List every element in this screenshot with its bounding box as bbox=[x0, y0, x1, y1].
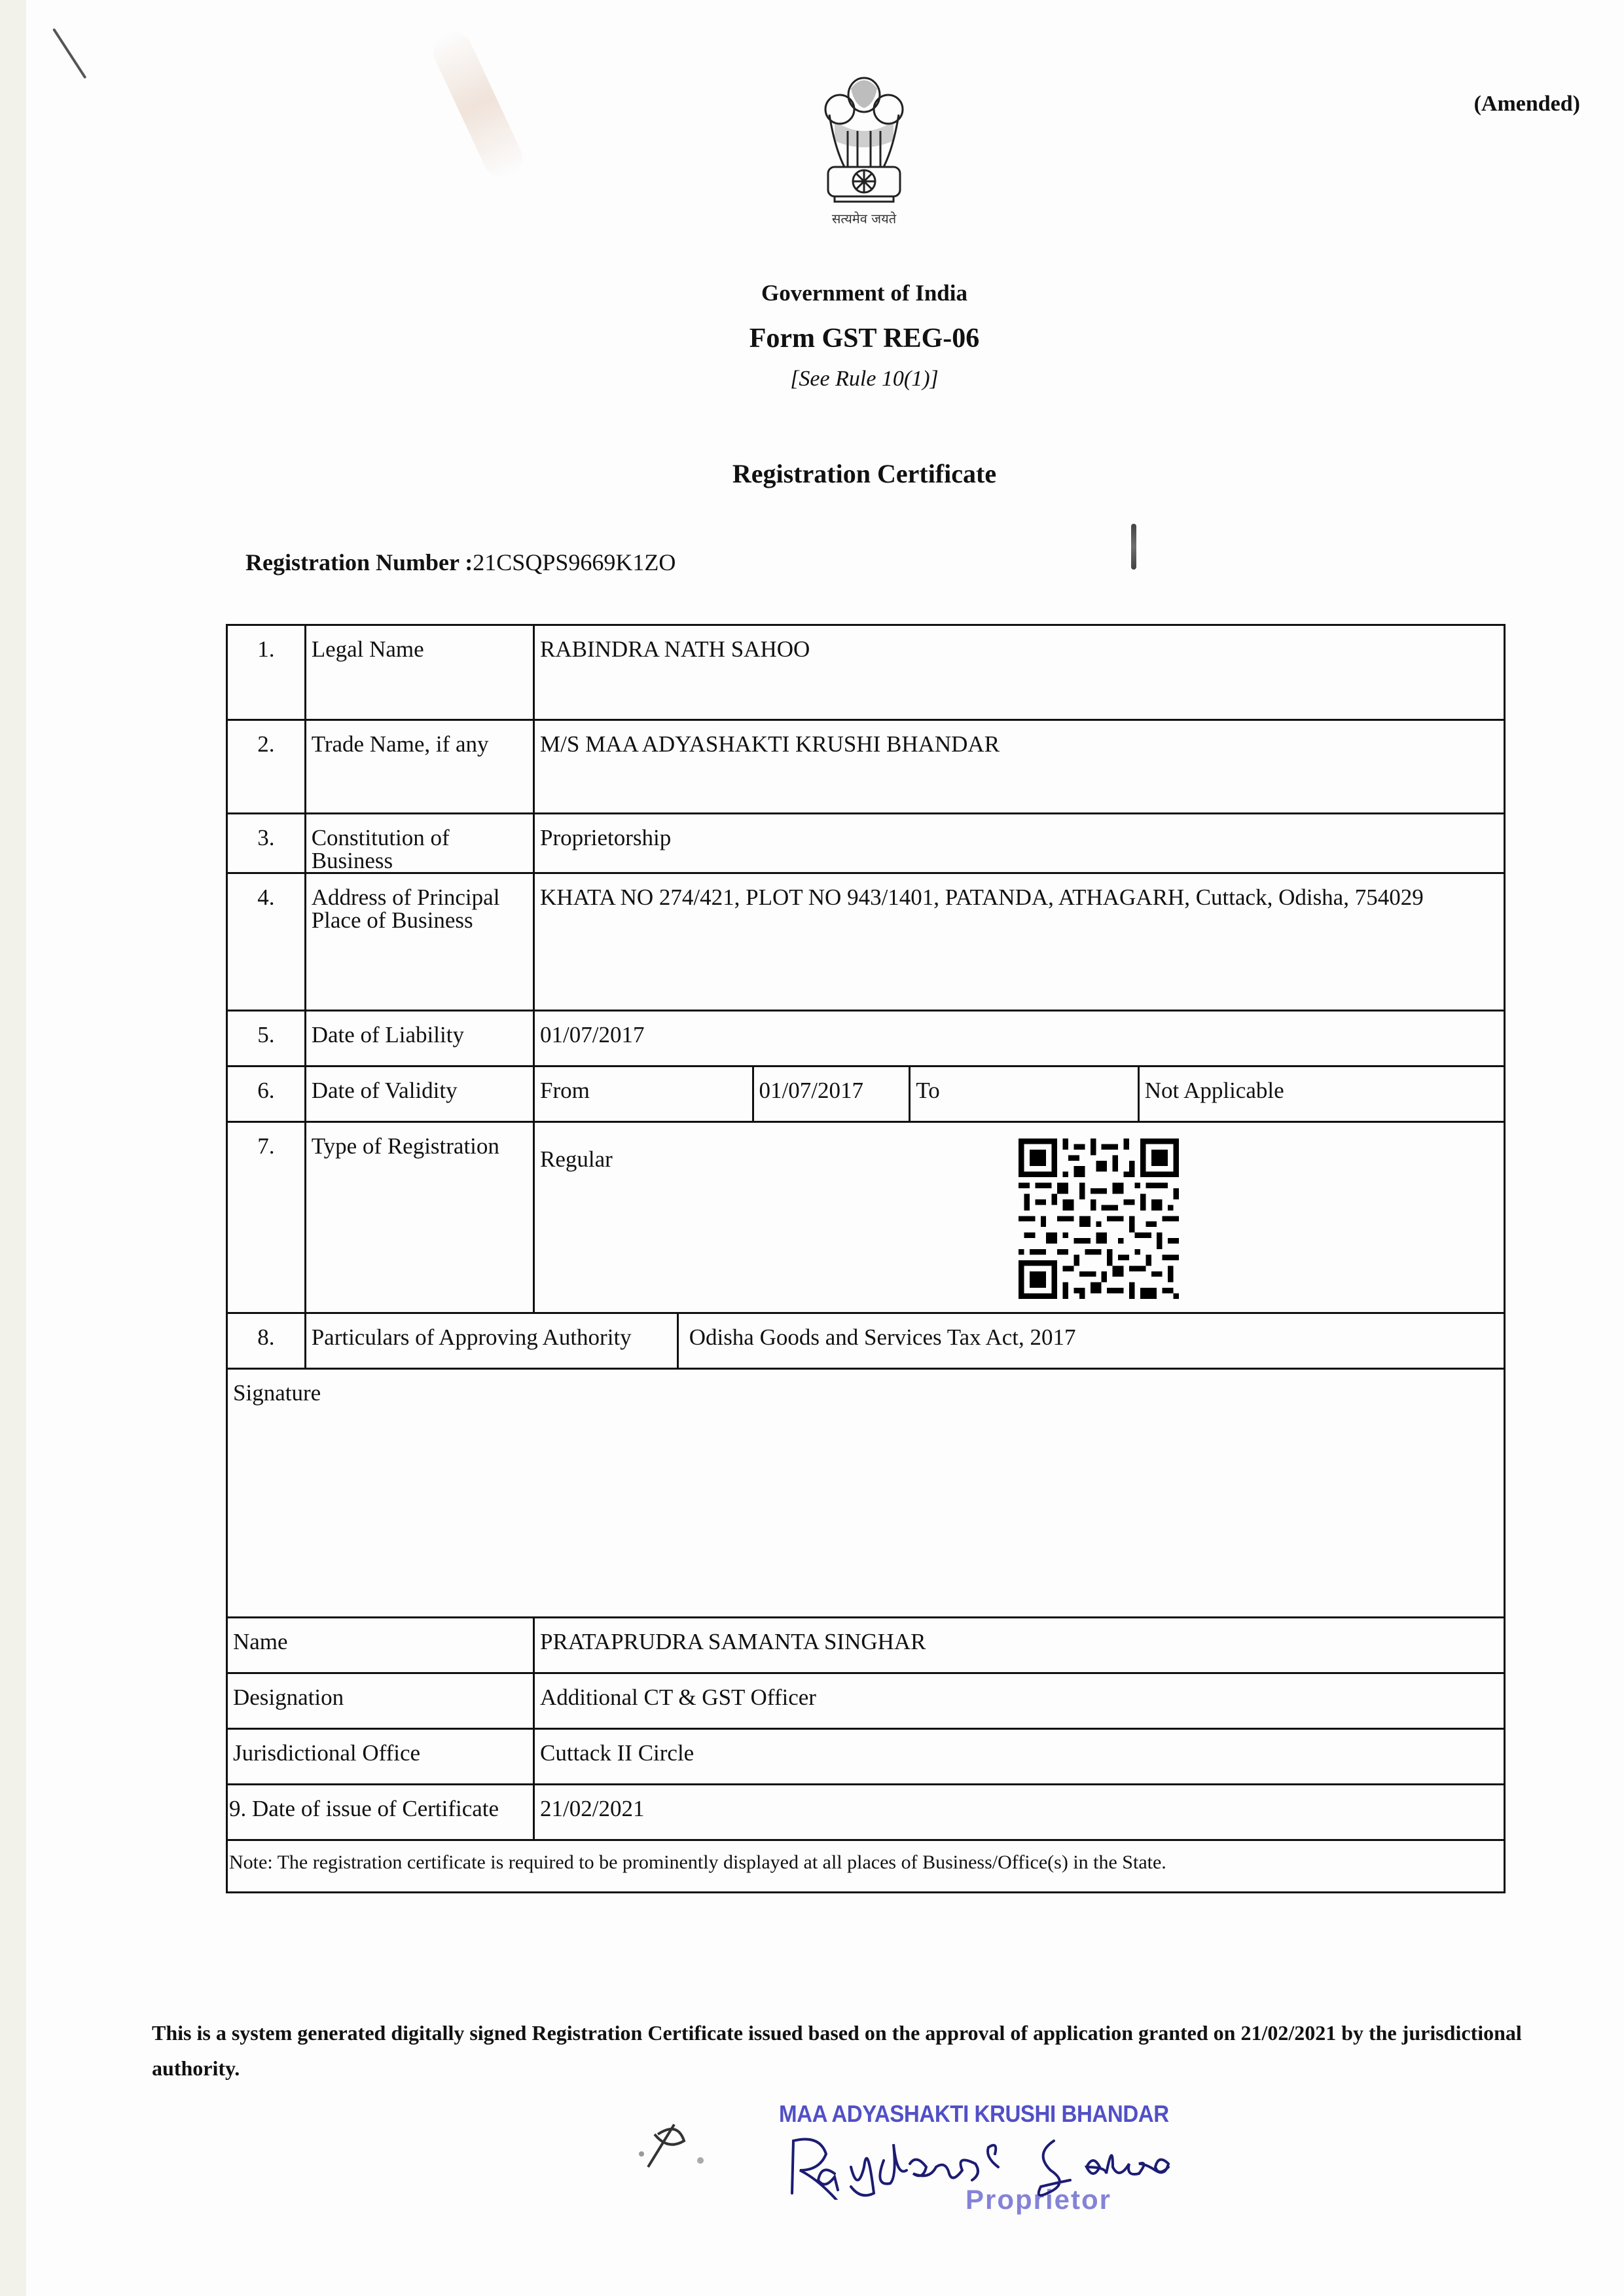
table-row-trade-name: 2. Trade Name, if any M/S MAA ADYASHAKTI… bbox=[227, 720, 1505, 814]
officer-value: Cuttack II Circle bbox=[534, 1729, 1505, 1785]
row-value: M/S MAA ADYASHAKTI KRUSHI BHANDAR bbox=[534, 720, 1505, 814]
officer-label: 9. Date of issue of Certificate bbox=[227, 1785, 534, 1840]
officer-value: 21/02/2021 bbox=[534, 1785, 1505, 1840]
signature-cell: Signature bbox=[227, 1369, 1505, 1618]
qr-code-icon bbox=[1019, 1139, 1179, 1299]
validity-to-label: To bbox=[910, 1066, 1138, 1122]
table-row-approving-authority: 8. Particulars of Approving Authority Od… bbox=[227, 1313, 1505, 1369]
row-number: 6. bbox=[227, 1066, 306, 1122]
staple-mark bbox=[52, 28, 86, 79]
officer-label: Designation bbox=[227, 1673, 534, 1729]
table-row-jurisdictional-office: Jurisdictional Office Cuttack II Circle bbox=[227, 1729, 1505, 1785]
row-number: 8. bbox=[227, 1313, 306, 1369]
row-value: KHATA NO 274/421, PLOT NO 943/1401, PATA… bbox=[534, 873, 1505, 1011]
government-heading: Government of India bbox=[0, 280, 1624, 306]
officer-label: Jurisdictional Office bbox=[227, 1729, 534, 1785]
row-value: Regular bbox=[540, 1148, 613, 1171]
row-label: Legal Name bbox=[305, 625, 533, 720]
business-stamp: MAA ADYASHAKTI KRUSHI BHANDAR Proprietor bbox=[779, 2100, 1203, 2128]
paper-stain bbox=[427, 26, 529, 185]
table-row-date-of-issue: 9. Date of issue of Certificate 21/02/20… bbox=[227, 1785, 1505, 1840]
row-label: Date of Liability bbox=[305, 1011, 533, 1066]
stamp-firm-name: MAA ADYASHAKTI KRUSHI BHANDAR bbox=[779, 2100, 1169, 2128]
table-row-legal-name: 1. Legal Name RABINDRA NATH SAHOO bbox=[227, 625, 1505, 720]
table-row-address: 4. Address of Principal Place of Busines… bbox=[227, 873, 1505, 1011]
officer-value: Additional CT & GST Officer bbox=[534, 1673, 1505, 1729]
row-number: 5. bbox=[227, 1011, 306, 1066]
handwritten-mark-icon bbox=[628, 2115, 720, 2174]
emblem-motto: सत्यमेव जयते bbox=[805, 210, 923, 227]
table-row-officer-name: Name PRATAPRUDRA SAMANTA SINGHAR bbox=[227, 1618, 1505, 1673]
row-number: 4. bbox=[227, 873, 306, 1011]
table-row-type-of-registration: 7. Type of Registration Regular bbox=[227, 1122, 1505, 1313]
row-value: Odisha Goods and Services Tax Act, 2017 bbox=[677, 1313, 1504, 1369]
table-row-date-of-liability: 5. Date of Liability 01/07/2017 bbox=[227, 1011, 1505, 1066]
row-value: RABINDRA NATH SAHOO bbox=[534, 625, 1505, 720]
row-number: 2. bbox=[227, 720, 306, 814]
table-row-designation: Designation Additional CT & GST Officer bbox=[227, 1673, 1505, 1729]
rule-reference: [See Rule 10(1)] bbox=[0, 367, 1624, 392]
validity-to-value: Not Applicable bbox=[1138, 1066, 1504, 1122]
row-value: 01/07/2017 bbox=[534, 1011, 1505, 1066]
certificate-table: 1. Legal Name RABINDRA NATH SAHOO 2. Tra… bbox=[226, 624, 1506, 1893]
registration-number: Registration Number :21CSQPS9669K1ZO bbox=[245, 549, 676, 576]
officer-label: Name bbox=[227, 1618, 534, 1673]
amended-label: (Amended) bbox=[1474, 92, 1580, 117]
validity-from-label: From bbox=[534, 1066, 753, 1122]
row-label: Date of Validity bbox=[305, 1066, 533, 1122]
form-title: Form GST REG-06 bbox=[0, 323, 1624, 354]
row-label: Particulars of Approving Authority bbox=[305, 1313, 677, 1369]
validity-from-value: 01/07/2017 bbox=[753, 1066, 910, 1122]
row-label: Type of Registration bbox=[305, 1122, 533, 1313]
row-number: 3. bbox=[227, 814, 306, 873]
table-row-date-of-validity: 6. Date of Validity From 01/07/2017 To N… bbox=[227, 1066, 1505, 1122]
table-row-note: Note: The registration certificate is re… bbox=[227, 1840, 1505, 1893]
officer-value: PRATAPRUDRA SAMANTA SINGHAR bbox=[534, 1618, 1505, 1673]
row-label: Constitution of Business bbox=[305, 814, 533, 873]
table-row-signature: Signature bbox=[227, 1369, 1505, 1618]
certificate-title: Registration Certificate bbox=[0, 458, 1624, 489]
row-label: Address of Principal Place of Business bbox=[305, 873, 533, 1011]
pen-tick-mark bbox=[1131, 524, 1136, 570]
table-row-constitution: 3. Constitution of Business Proprietorsh… bbox=[227, 814, 1505, 873]
system-generated-notice: This is a system generated digitally sig… bbox=[152, 2015, 1579, 2086]
registration-number-label: Registration Number : bbox=[245, 549, 473, 575]
row-label: Trade Name, if any bbox=[305, 720, 533, 814]
display-note: Note: The registration certificate is re… bbox=[227, 1840, 1505, 1893]
registration-number-value: 21CSQPS9669K1ZO bbox=[473, 549, 676, 575]
row-number: 7. bbox=[227, 1122, 306, 1313]
national-emblem-icon bbox=[815, 69, 913, 210]
row-value: Proprietorship bbox=[534, 814, 1505, 873]
row-value-cell: Regular bbox=[534, 1122, 1505, 1313]
proprietor-signature-icon bbox=[779, 2128, 1237, 2200]
row-number: 1. bbox=[227, 625, 306, 720]
